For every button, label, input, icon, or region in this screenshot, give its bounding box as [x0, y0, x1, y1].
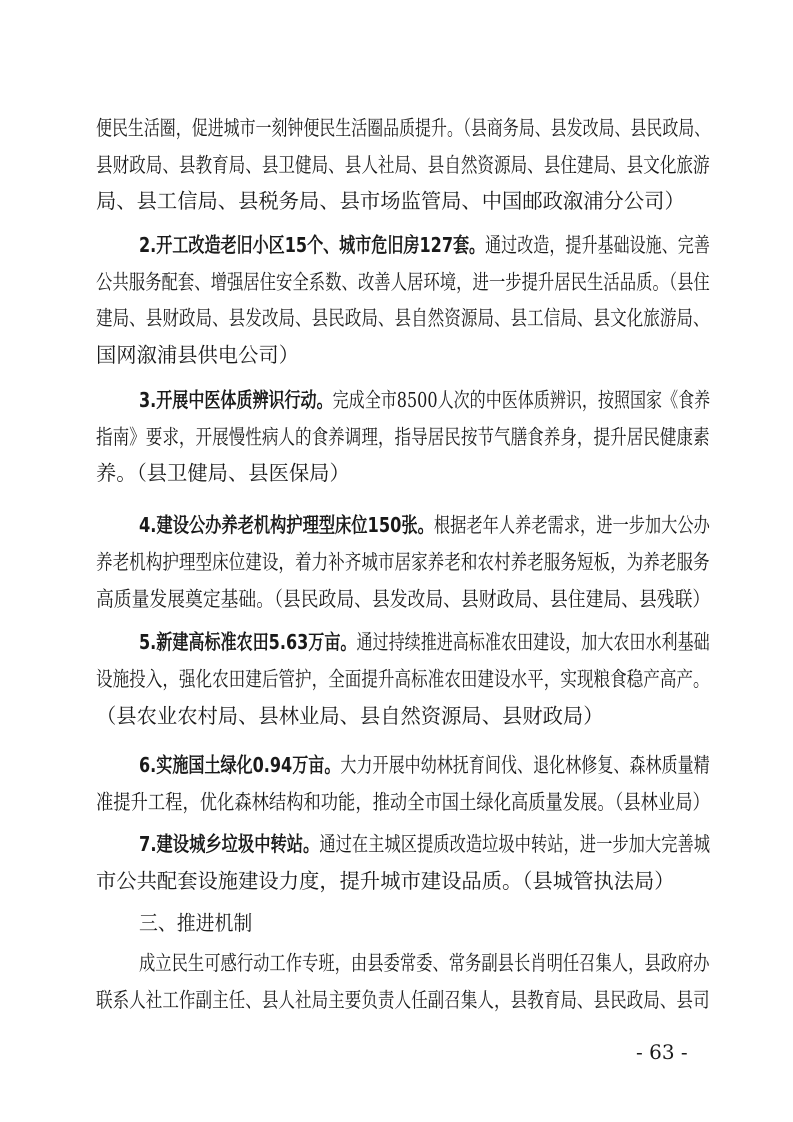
text-line: 县财政局、县教育局、县卫健局、县人社局、县自然资源局、县住建局、县文化旅游 [96, 153, 598, 177]
item-text: 设施投入，强化农田建后管护，全面提升高标准农田建设水平，实现粮食稳产高产。 [96, 667, 710, 691]
text-line: 高质量发展奠定基础。（县民政局、县发改局、县财政局、县住建局、县残联） [96, 587, 634, 611]
item-title: 5.新建高标准农田5.63万亩。 [139, 630, 356, 654]
text-line: 指南》要求，开展慢性病人的食养调理，指导居民按节气膳食养身，提升居民健康素 [96, 425, 598, 449]
item-heading-line: 2.开工改造老旧小区15个、城市危旧房127套。通过改造，提升基础设施、完善 [139, 233, 625, 257]
item-text: 通过在主城区提质改造垃圾中转站，进一步加大完善城 [319, 832, 710, 856]
item-text: 便民生活圈，促进城市一刻钟便民生活圈品质提升。（县商务局、县发改局、县民政局、 [96, 116, 710, 140]
item-text: 高质量发展奠定基础。（县民政局、县发改局、县财政局、县住建局、县残联） [96, 587, 710, 611]
text-line: 国网溆浦县供电公司） [96, 343, 710, 367]
item-heading-line: 7.建设城乡垃圾中转站。通过在主城区提质改造垃圾中转站，进一步加大完善城 [139, 832, 631, 856]
text-line: 建局、县财政局、县发改局、县民政局、县自然资源局、县工信局、县文化旅游局、 [96, 306, 598, 330]
item-heading-line: 5.新建高标准农田5.63万亩。通过持续推进高标准农田建设，加大农田水利基础 [139, 630, 625, 654]
text-line: 成立民生可感行动工作专班，由县委常委、常务副县长肖明任召集人，县政府办 [139, 951, 632, 975]
text-line: 联系人社工作副主任、县人社局主要负责人任副召集人，县教育局、县民政局、县司 [96, 988, 598, 1012]
item-text: 三、推进机制 [139, 911, 252, 935]
item-heading-line: 6.实施国土绿化0.94万亩。大力开展中幼林抚育间伐、退化林修复、森林质量精 [139, 753, 625, 777]
item-text: 指南》要求，开展慢性病人的食养调理，指导居民按节气膳食养身，提升居民健康素 [96, 425, 710, 449]
item-title: 7.建设城乡垃圾中转站。 [139, 832, 319, 856]
item-text: 完成全市8500人次的中医体质辨识，按照国家《食养 [333, 388, 711, 412]
item-text: 养老机构护理型床位建设，着力补齐城市居家养老和农村养老服务短板，为养老服务 [96, 550, 710, 574]
item-text: 养。（县卫健局、县医保局） [96, 461, 350, 485]
item-heading-line: 3.开展中医体质辨识行动。完成全市8500人次的中医体质辨识，按照国家《食养 [139, 388, 624, 412]
text-line: 设施投入，强化农田建后管护，全面提升高标准农田建设水平，实现粮食稳产高产。 [96, 667, 598, 691]
text-line: 养。（县卫健局、县医保局） [96, 461, 710, 485]
item-title: 2.开工改造老旧小区15个、城市危旧房127套。 [139, 233, 485, 257]
text-line: 养老机构护理型床位建设，着力补齐城市居家养老和农村养老服务短板，为养老服务 [96, 550, 598, 574]
item-text: 成立民生可感行动工作专班，由县委常委、常务副县长肖明任召集人，县政府办 [139, 951, 710, 975]
item-text: （县农业农村局、县林业局、县自然资源局、县财政局） [96, 704, 604, 728]
item-text: 联系人社工作副主任、县人社局主要负责人任副召集人，县教育局、县民政局、县司 [96, 988, 710, 1012]
item-text: 局、县工信局、县税务局、县市场监管局、中国邮政溆浦分公司） [96, 189, 685, 213]
text-line: 三、推进机制 [139, 911, 710, 935]
item-text: 通过改造，提升基础设施、完善 [485, 233, 710, 257]
item-title: 3.开展中医体质辨识行动。 [139, 388, 333, 412]
document-page: 便民生活圈，促进城市一刻钟便民生活圈品质提升。（县商务局、县发改局、县民政局、县… [0, 0, 793, 1122]
text-line: 便民生活圈，促进城市一刻钟便民生活圈品质提升。（县商务局、县发改局、县民政局、 [96, 116, 578, 140]
page-number: - 63 - [636, 1040, 688, 1064]
item-text: 准提升工程，优化森林结构和功能，推动全市国土绿化高质量发展。（县林业局） [96, 790, 710, 814]
item-text: 国网溆浦县供电公司） [96, 343, 299, 367]
text-line: 市公共配套设施建设力度，提升城市建设品质。（县城管执法局） [96, 869, 710, 893]
item-text: 大力开展中幼林抚育间伐、退化林修复、森林质量精 [340, 753, 709, 777]
text-line: 局、县工信局、县税务局、县市场监管局、中国邮政溆浦分公司） [96, 189, 710, 213]
text-line: （县农业农村局、县林业局、县自然资源局、县财政局） [96, 704, 710, 728]
item-text: 公共服务配套、增强居住安全系数、改善人居环境，进一步提升居民生活品质。（县住 [96, 270, 710, 294]
item-text: 根据老年人养老需求，进一步加大公办 [434, 513, 710, 537]
text-line: 准提升工程，优化森林结构和功能，推动全市国土绿化高质量发展。（县林业局） [96, 790, 619, 814]
item-title: 6.实施国土绿化0.94万亩。 [139, 753, 340, 777]
item-text: 市公共配套设施建设力度，提升城市建设品质。（县城管执法局） [96, 869, 675, 893]
item-title: 4.建设公办养老机构护理型床位150张。 [139, 513, 434, 537]
item-text: 县财政局、县教育局、县卫健局、县人社局、县自然资源局、县住建局、县文化旅游 [96, 153, 710, 177]
item-heading-line: 4.建设公办养老机构护理型床位150张。根据老年人养老需求，进一步加大公办 [139, 513, 630, 537]
item-text: 建局、县财政局、县发改局、县民政局、县自然资源局、县工信局、县文化旅游局、 [96, 306, 710, 330]
text-line: 公共服务配套、增强居住安全系数、改善人居环境，进一步提升居民生活品质。（县住 [96, 270, 591, 294]
item-text: 通过持续推进高标准农田建设，加大农田水利基础 [356, 630, 709, 654]
